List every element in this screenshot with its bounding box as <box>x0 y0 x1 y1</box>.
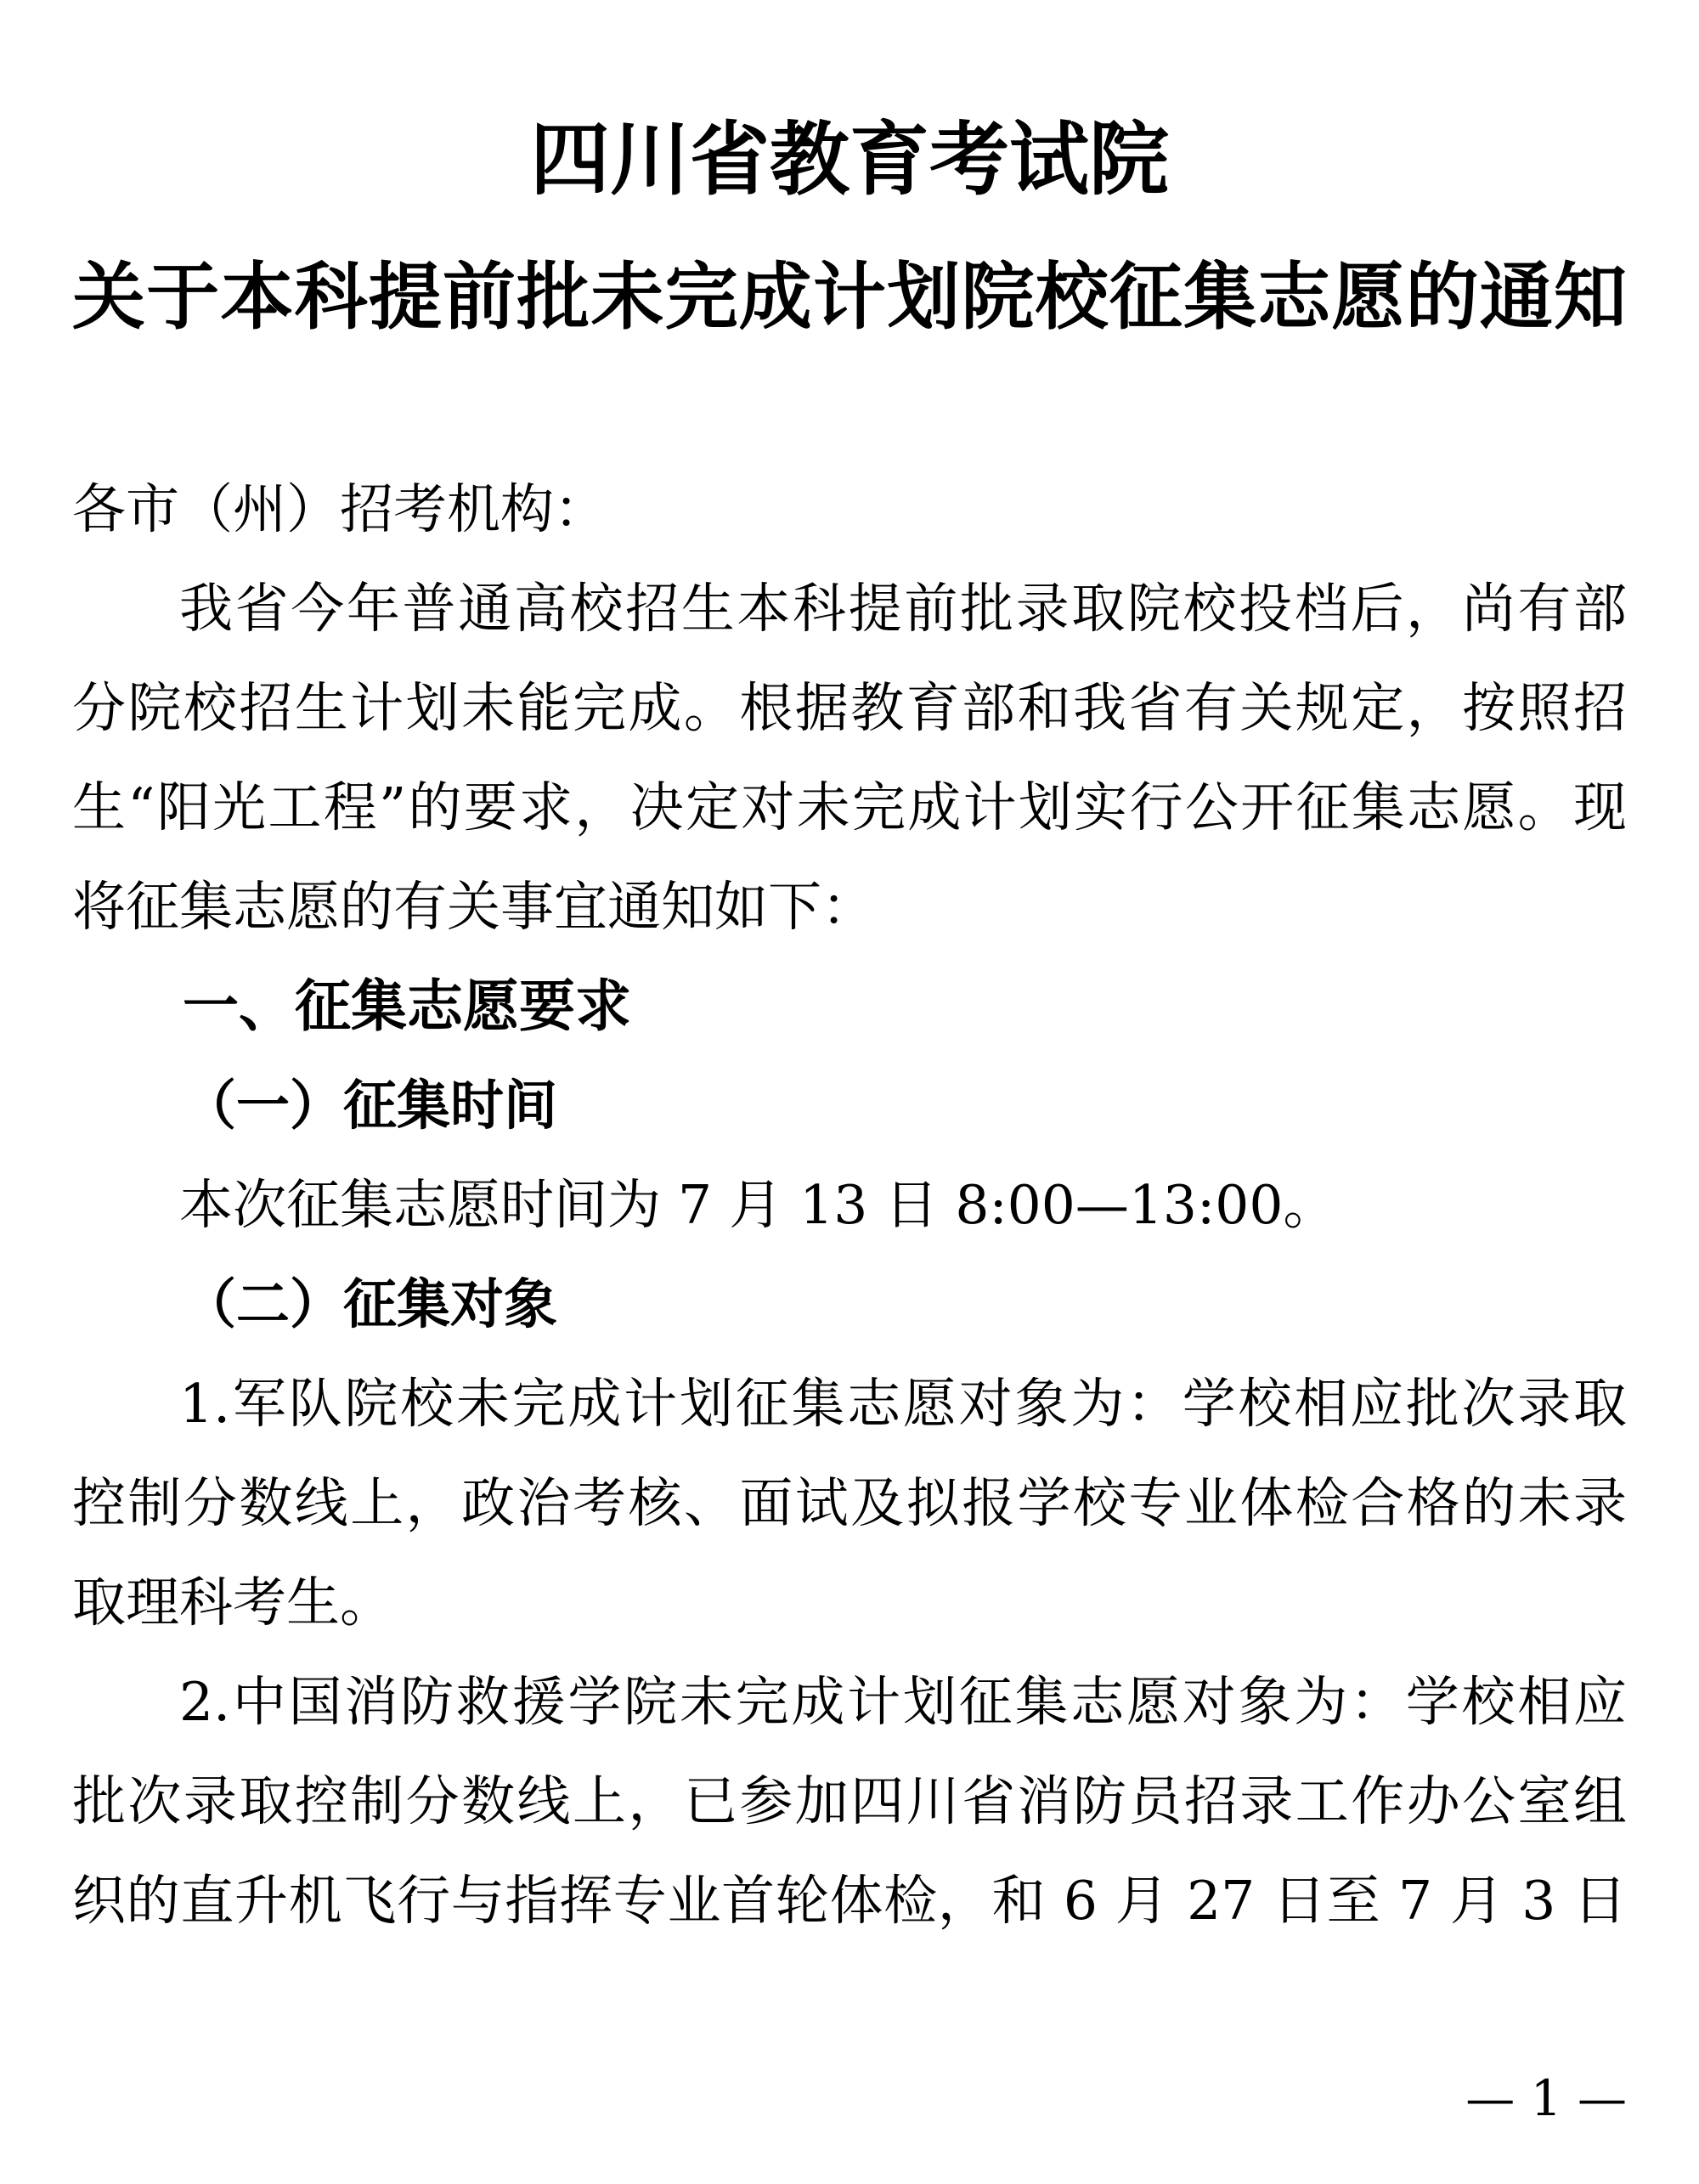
document-title-subject: 关于本科提前批未完成计划院校征集志愿的通知 <box>72 251 1627 344</box>
document-page: 四川省教育考试院 关于本科提前批未完成计划院校征集志愿的通知 各市（州）招考机构… <box>0 0 1699 2184</box>
page-footer: — 1 — <box>72 2068 1627 2128</box>
document-title-organization: 四川省教育考试院 <box>72 113 1627 206</box>
document-content: 四川省教育考试院 关于本科提前批未完成计划院校征集志愿的通知 各市（州）招考机构… <box>0 113 1699 2128</box>
heading-collection-time: （一）征集时间 <box>72 1056 1627 1155</box>
text-line: 批次录取控制分数线上，已参加四川省消防员招录工作办公室组 <box>72 1752 1627 1851</box>
text-line: 将征集志愿的有关事宜通知如下： <box>72 857 1627 957</box>
paragraph-military-academies: 1.军队院校未完成计划征集志愿对象为：学校相应批次录取控制分数线上，政治考核、面… <box>72 1354 1627 1652</box>
heading-volunteer-requirements: 一、征集志愿要求 <box>72 957 1627 1056</box>
heading-collection-targets: （二）征集对象 <box>72 1255 1627 1354</box>
text-line: 织的直升机飞行与指挥专业首轮体检，和 6 月 27 日至 7 月 3 日 <box>72 1851 1627 1950</box>
paragraph-collection-time: 本次征集志愿时间为 7 月 13 日 8:00—13:00。 <box>72 1155 1627 1255</box>
page-number: — 1 — <box>1465 2069 1627 2127</box>
text-line: 我省今年普通高校招生本科提前批录取院校投档后，尚有部 <box>72 559 1627 658</box>
paragraph-intro: 我省今年普通高校招生本科提前批录取院校投档后，尚有部分院校招生计划未能完成。根据… <box>72 559 1627 957</box>
text-line: 分院校招生计划未能完成。根据教育部和我省有关规定，按照招 <box>72 658 1627 758</box>
text-line: 生“阳光工程”的要求，决定对未完成计划实行公开征集志愿。现 <box>72 758 1627 857</box>
paragraph-fire-rescue-college: 2.中国消防救援学院未完成计划征集志愿对象为：学校相应批次录取控制分数线上，已参… <box>72 1652 1627 1950</box>
text-line: 2.中国消防救援学院未完成计划征集志愿对象为：学校相应 <box>72 1652 1627 1752</box>
text-line: 取理科考生。 <box>72 1553 1627 1652</box>
text-line: 1.军队院校未完成计划征集志愿对象为：学校相应批次录取 <box>72 1354 1627 1453</box>
text-line: 控制分数线上，政治考核、面试及拟报学校专业体检合格的未录 <box>72 1453 1627 1553</box>
salutation: 各市（州）招考机构： <box>72 460 1627 559</box>
